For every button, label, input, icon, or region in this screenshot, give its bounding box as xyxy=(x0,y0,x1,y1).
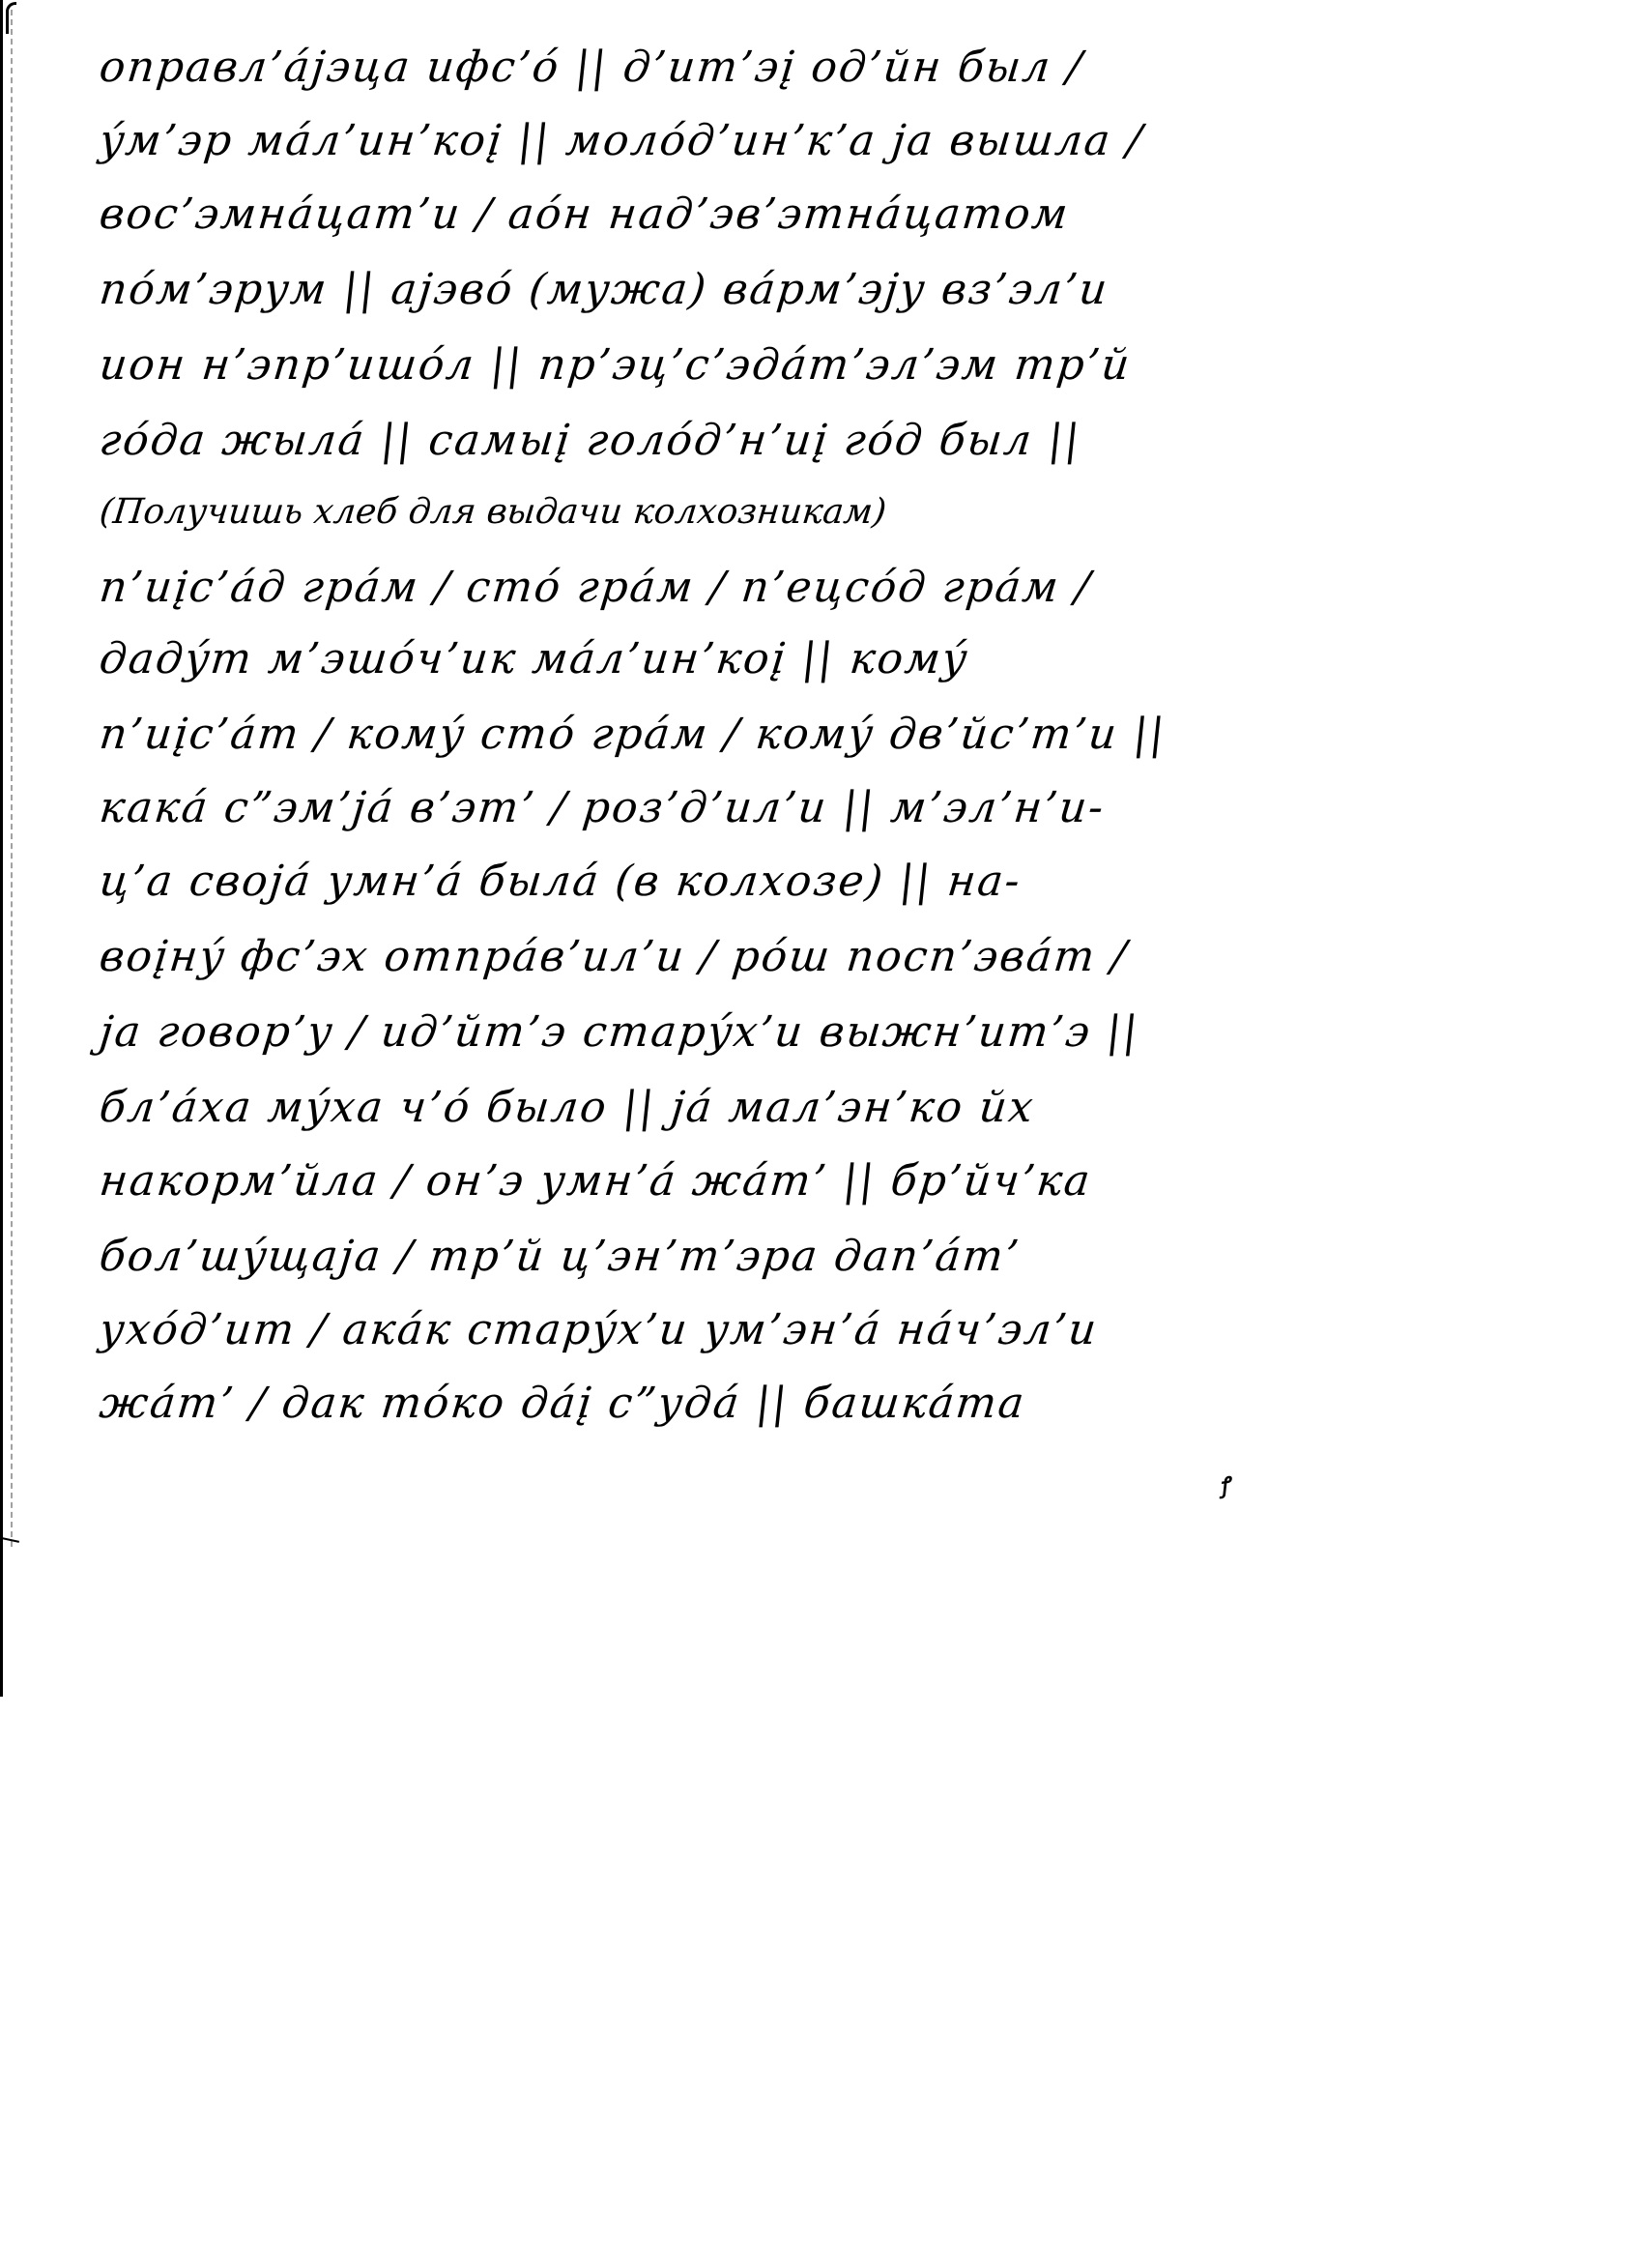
text-line-4: пóм’эрум || ајэвó (мужа) вáрм’эју вз’эл’… xyxy=(97,261,1111,319)
text-line-9: дадýт м’эшóч’ик мáл’ин’коį || комý xyxy=(97,630,971,688)
text-line-11: какá с”эм’јá в’эт’ / роз’д’ил’и || м’эл’… xyxy=(97,779,1108,837)
text-line-2: ýм’эр мáл’ин’коį || молóд’ин’к’а ја вышл… xyxy=(97,112,1146,170)
text-line-19: жáт’ / дак тóко дáį с”удá || башкáта xyxy=(97,1375,1028,1433)
scanned-page: оправл’ájэца ифс’ó || д’ит’эį од’йн был … xyxy=(0,0,1643,2268)
text-line-16: накорм’йла / он’э умн’á жáт’ || бр’йч’ка xyxy=(97,1152,1094,1210)
text-line-14: ја говор’у / ид’йт’э старýх’и выжн’ит’э … xyxy=(97,1003,1142,1061)
text-line-18: ухóд’ит / акáк старýх’и ум’эн’á нáч’эл’и xyxy=(97,1301,1101,1359)
text-line-7-annotation: (Получишь хлеб для выдачи колхозникам) xyxy=(97,483,889,541)
text-line-8: п’иįс’áд грáм / стó грáм / п’ецсóд грáм … xyxy=(97,559,1094,617)
binding-edge xyxy=(0,0,3,1697)
text-line-1: оправл’ájэца ифс’ó || д’ит’эį од’йн был … xyxy=(97,39,1086,97)
text-line-12: ц’а својá умн’á былá (в колхозе) || на- xyxy=(97,853,1024,911)
text-line-6: гóда жылá || самыį голóд’н’иį гóд был || xyxy=(97,412,1084,470)
scribble-mark: ꝭ xyxy=(1219,1474,1231,1497)
text-line-15: бл’áха мýха ч’ó было || јá мал’эн’ко йх xyxy=(97,1079,1038,1137)
text-line-17: бол’шýщаја / тр’й ц’эн’т’эра дап’áт’ xyxy=(97,1228,1023,1286)
binding-perforation xyxy=(11,10,13,1547)
text-line-5: ион н’эпр’ишóл || пр’эц’с’эдáт’эл’эм тр’… xyxy=(97,336,1134,394)
text-line-13: воįнý фс’эх отпрáв’ил’и / рóш посп’эвáт … xyxy=(97,928,1131,986)
text-line-3: вос’эмнáцат’и / аóн над’эв’этнáцатом xyxy=(97,186,1072,244)
text-line-10: п’иįс’áт / комý стó грáм / комý дв’йс’т’… xyxy=(97,706,1168,764)
